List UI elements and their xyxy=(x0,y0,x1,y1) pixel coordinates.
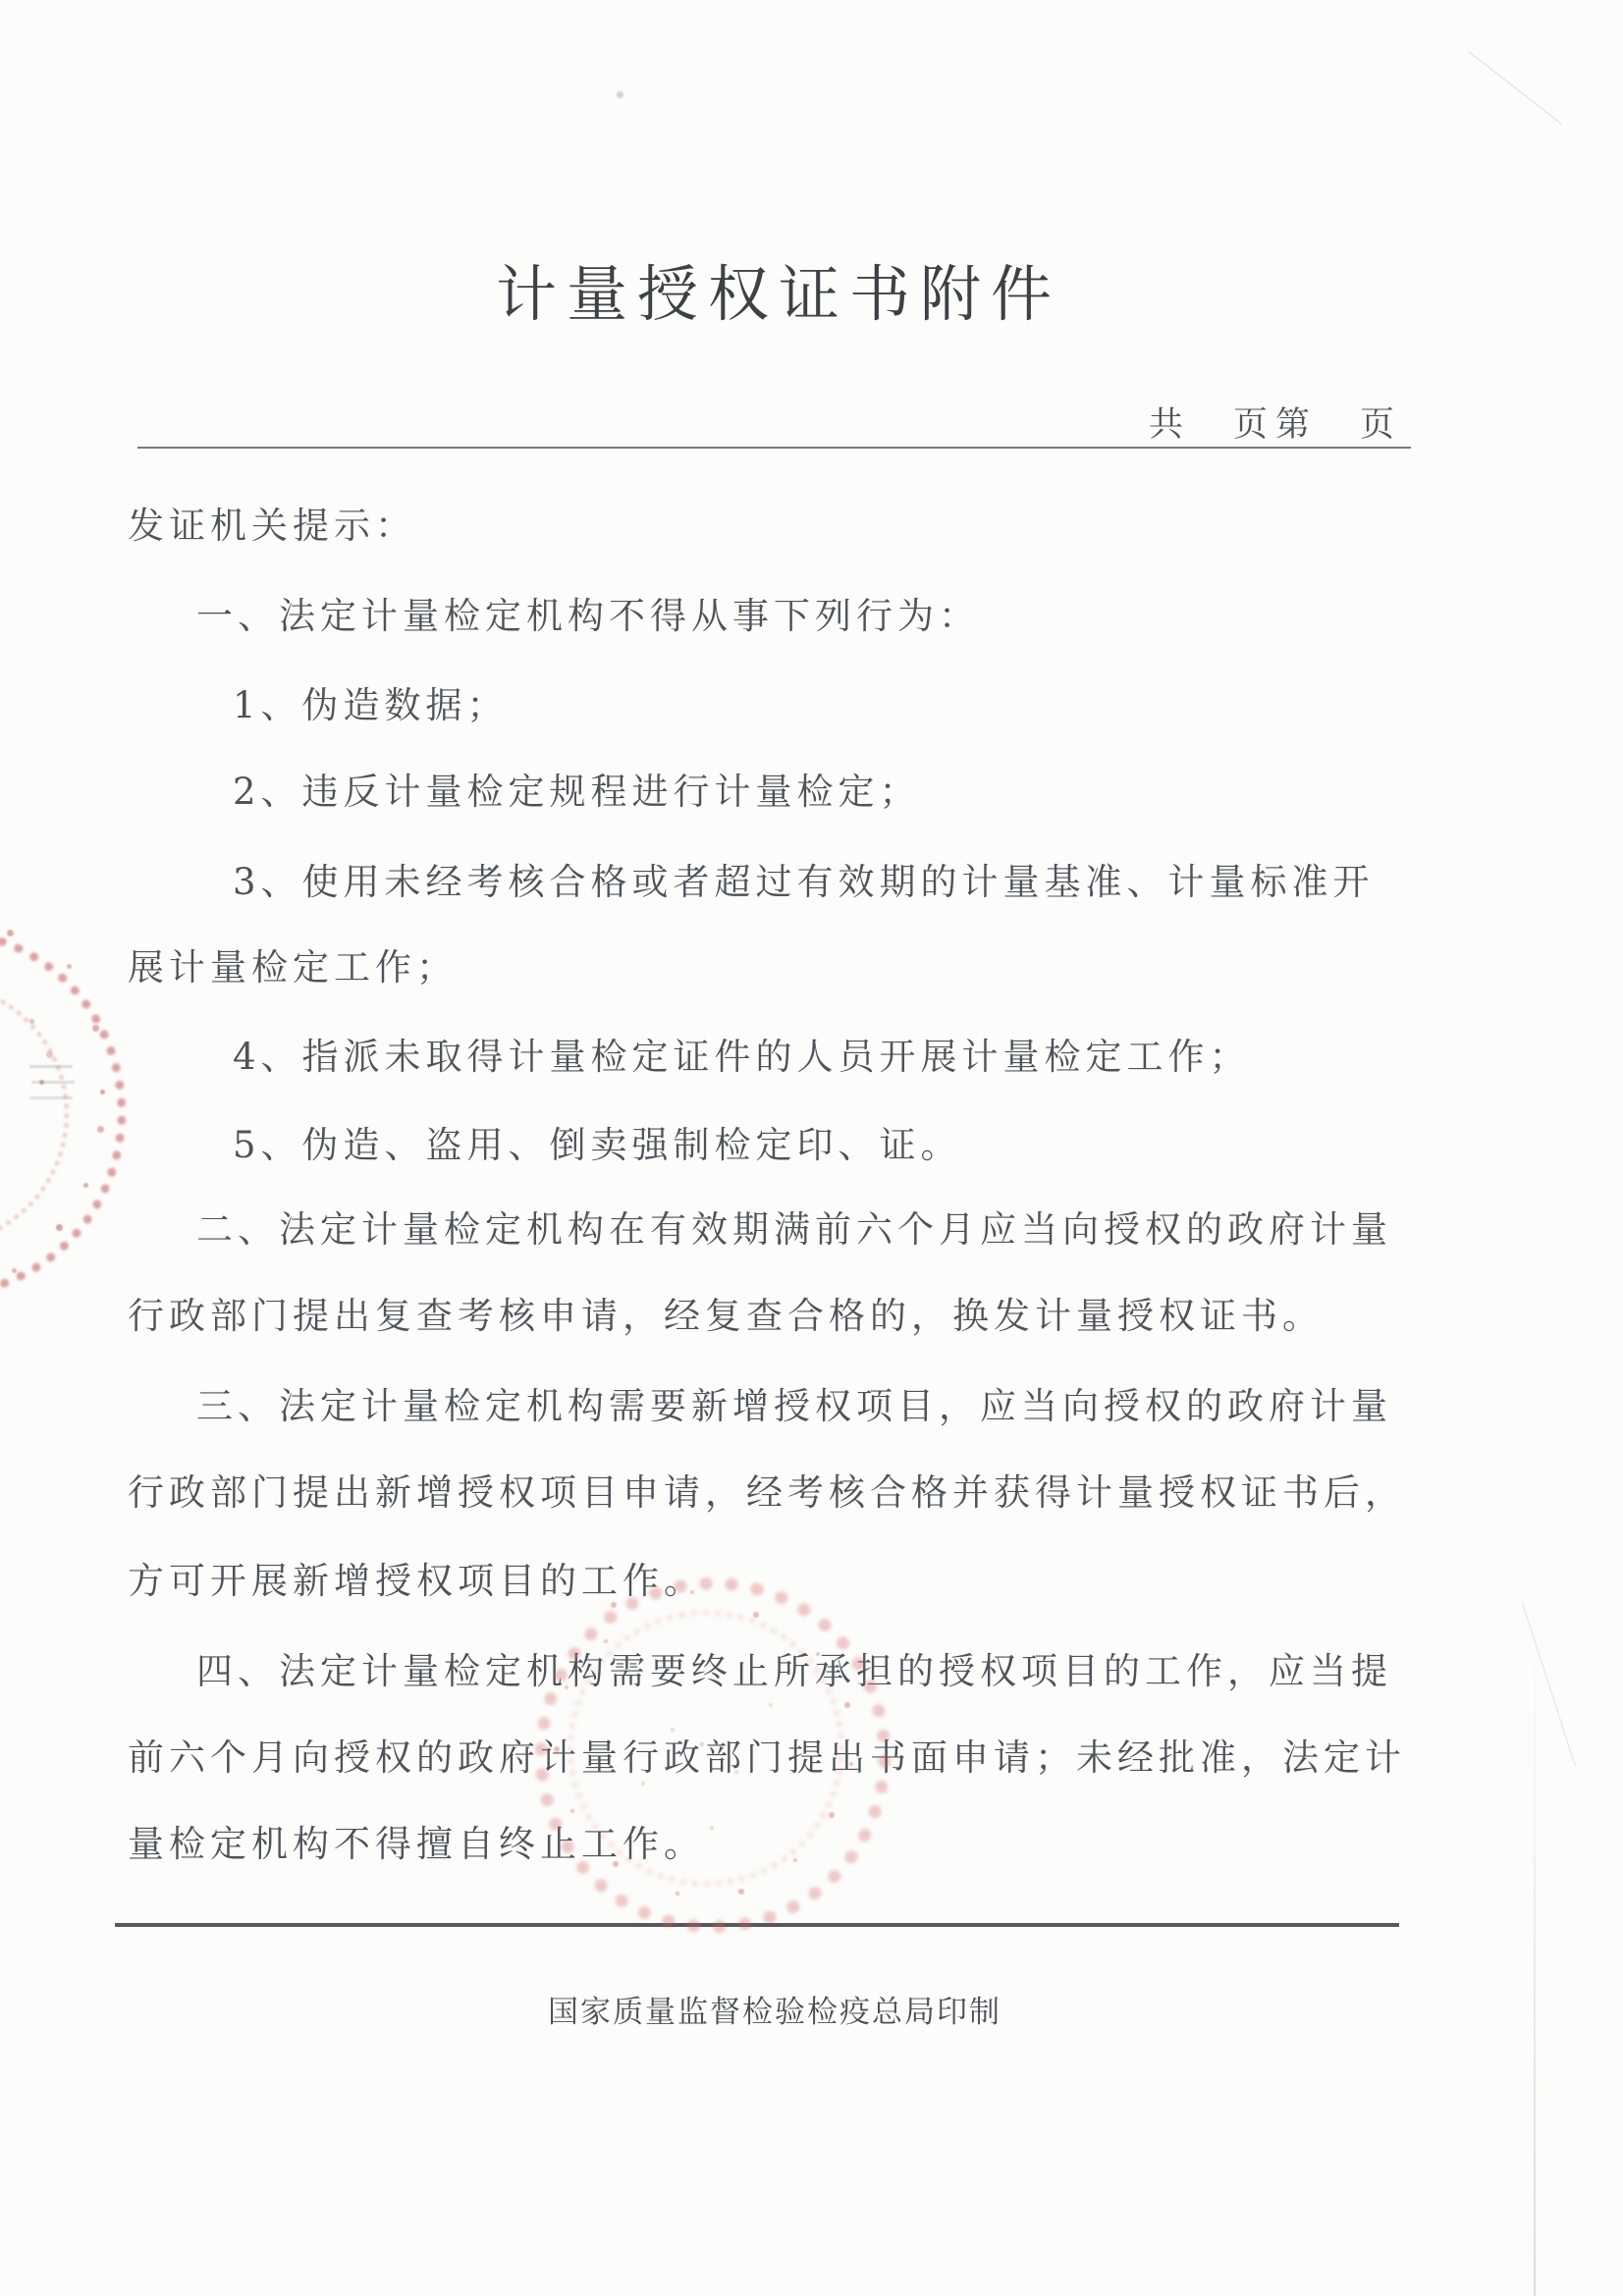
body-line-section-1: 一、法定计量检定机构不得从事下列行为： xyxy=(196,586,980,639)
body-line-item-5: 5、伪造、盗用、倒卖强制检定印、证。 xyxy=(233,1115,962,1168)
stamp-inner-ring xyxy=(0,957,93,1271)
body-line-issuer-note: 发证机关提示： xyxy=(128,496,416,549)
body-line-section-4-end: 量检定机构不得擅自终止工作。 xyxy=(128,1814,705,1867)
body-line-section-3-cont: 行政部门提出新增授权项目申请，经考核合格并获得计量授权证书后， xyxy=(128,1463,1406,1516)
body-line-section-3-end: 方可开展新增授权项目的工作。 xyxy=(128,1551,705,1604)
scan-artifact-right-edge xyxy=(1522,1603,1576,1767)
body-line-item-4: 4、指派未取得计量检定证件的人员开展计量检定工作； xyxy=(233,1027,1251,1080)
printer-imprint: 国家质量监督检验检疫总局印制 xyxy=(548,1987,1001,2031)
scan-speck xyxy=(617,91,623,98)
body-line-item-3: 3、使用未经考核合格或者超过有效期的计量基准、计量标准开 xyxy=(233,852,1375,905)
body-line-section-2: 二、法定计量检定机构在有效期满前六个月应当向授权的政府计量 xyxy=(196,1200,1392,1253)
document-page: 计量授权证书附件 共 页第 页 发证机关提示： 一、法定计量检定机构不得从事下列… xyxy=(0,0,1623,2296)
stamp-gray-marks xyxy=(29,1065,73,1068)
header-divider xyxy=(137,447,1411,449)
page-counter: 共 页第 页 xyxy=(1149,398,1402,447)
body-line-item-3-cont: 展计量检定工作； xyxy=(128,937,458,990)
footer-divider xyxy=(115,1923,1399,1927)
scan-artifact-top-right xyxy=(1468,51,1561,125)
body-line-section-2-cont: 行政部门提出复查考核申请，经复查合格的，换发计量授权证书。 xyxy=(128,1286,1324,1339)
body-line-section-4-cont: 前六个月向授权的政府计量行政部门提出书面申请；未经批准，法定计 xyxy=(128,1728,1406,1781)
body-line-section-4: 四、法定计量检定机构需要终止所承担的授权项目的工作，应当提 xyxy=(196,1641,1392,1694)
scan-page-edge-shadow xyxy=(1534,1610,1536,2296)
body-line-item-2: 2、违反计量检定规程进行计量检定； xyxy=(233,762,921,815)
body-line-section-3: 三、法定计量检定机构需要新增授权项目，应当向授权的政府计量 xyxy=(196,1376,1392,1429)
document-title: 计量授权证书附件 xyxy=(496,245,1061,333)
stamp-specks xyxy=(39,1080,44,1085)
body-line-item-1: 1、伪造数据； xyxy=(233,675,509,728)
